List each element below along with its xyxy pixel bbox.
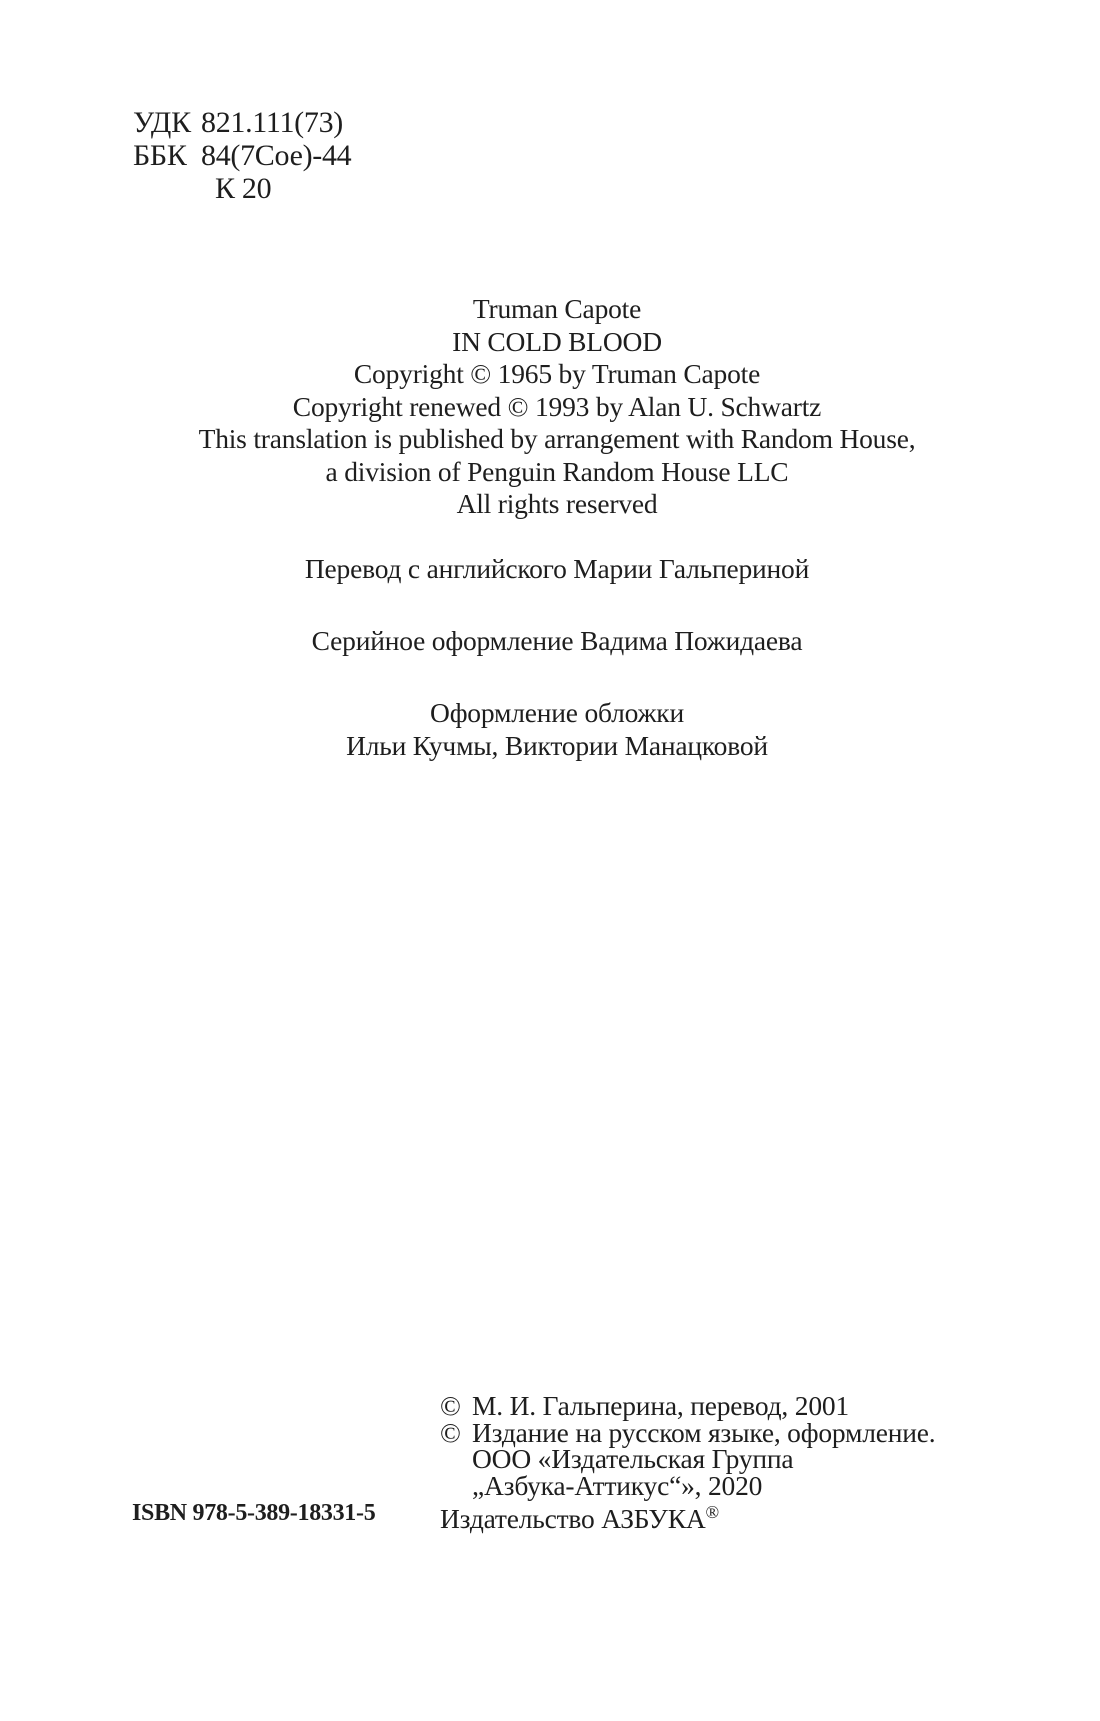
imprint-name: Издательство АЗБУКА [440, 1503, 706, 1534]
series-design-credit: Серийное оформление Вадима Пожидаева [0, 625, 1100, 658]
rights-reserved: All rights reserved [0, 488, 1100, 521]
copyright-icon: © [440, 1393, 472, 1420]
arrangement-line-1: This translation is published by arrange… [0, 423, 1100, 456]
udk-label: УДК [133, 106, 201, 139]
imprint-line: Издательство АЗБУКА® [440, 1499, 935, 1526]
udk-row: УДК821.111(73) [133, 106, 351, 139]
translator-credit: Перевод с английского Марии Гальпериной [0, 553, 1100, 586]
copyright-renewal: Copyright renewed © 1993 by Alan U. Schw… [0, 391, 1100, 424]
cover-design-names: Ильи Кучмы, Виктории Манацковой [0, 730, 1100, 763]
original-credits: Truman Capote IN COLD BLOOD Copyright © … [0, 293, 1100, 521]
translator-line: Перевод с английского Марии Гальпериной [0, 553, 1100, 586]
udk-value: 821.111(73) [201, 106, 343, 139]
russian-copyright-block: ©М. И. Гальперина, перевод, 2001 ©Издани… [440, 1393, 935, 1526]
original-author: Truman Capote [0, 293, 1100, 326]
copyright-icon: © [440, 1420, 472, 1447]
bbk-label: ББК [133, 139, 201, 172]
cover-design-label: Оформление обложки [0, 697, 1100, 730]
author-mark: К 20 [133, 172, 351, 205]
isbn: ISBN 978-5-389-18331-5 [132, 1500, 375, 1526]
original-title: IN COLD BLOOD [0, 326, 1100, 359]
original-copyright: Copyright © 1965 by Truman Capote [0, 358, 1100, 391]
registered-trademark-icon: ® [706, 1502, 719, 1522]
book-imprint-page: УДК821.111(73) ББК84(7Сое)-44 К 20 Truma… [0, 0, 1100, 1721]
cover-design-credit: Оформление обложки Ильи Кучмы, Виктории … [0, 697, 1100, 762]
series-design-line: Серийное оформление Вадима Пожидаева [0, 625, 1100, 658]
bbk-value: 84(7Сое)-44 [201, 139, 351, 172]
library-classification-block: УДК821.111(73) ББК84(7Сое)-44 К 20 [133, 106, 351, 205]
arrangement-line-2: a division of Penguin Random House LLC [0, 456, 1100, 489]
bbk-row: ББК84(7Сое)-44 [133, 139, 351, 172]
publisher-line-1: ООО «Издательская Группа [440, 1446, 935, 1473]
publisher-line-2: „Азбука-Аттикус“», 2020 [440, 1473, 935, 1500]
